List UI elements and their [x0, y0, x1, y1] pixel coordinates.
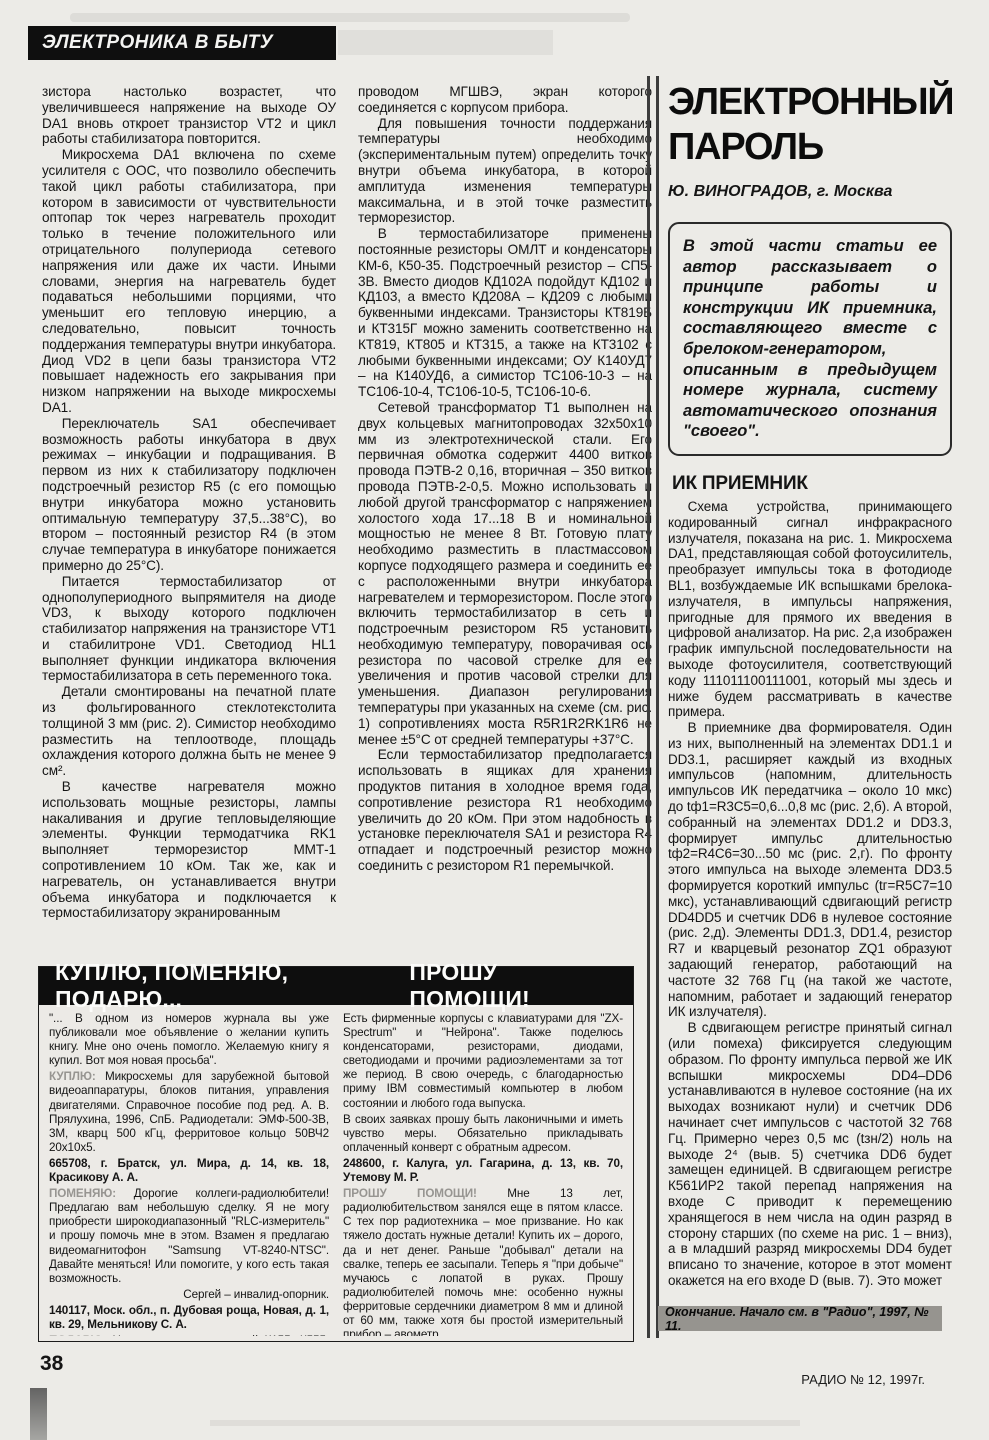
scan-artifact	[70, 13, 630, 22]
paragraph: Питается термостабилизатор от однополупе…	[42, 574, 336, 685]
paragraph: Переключатель SA1 обеспечивает возможнос…	[42, 416, 336, 574]
classified-address: 665708, г. Братск, ул. Мира, д. 14, кв. …	[49, 1157, 329, 1185]
paragraph: Микросхема DA1 включена по схеме усилите…	[42, 147, 336, 416]
article-title-line1: ЭЛЕКТРОННЫЙ	[668, 81, 952, 123]
classified-intro: "... В одном из номеров журнала вы уже п…	[49, 1012, 329, 1068]
paragraph: проводом МГШВЭ, экран которого соединяет…	[358, 84, 652, 116]
classified-address: 248600, г. Калуга, ул. Гагарина, д. 13, …	[343, 1157, 623, 1185]
classified-item-swap: ПОМЕНЯЮ: Дорогие коллеги-радиолюбители! …	[49, 1187, 329, 1286]
incubator-article-column-1: зистора настолько возрастет, что увеличи…	[42, 84, 336, 964]
paragraph: В приемнике два формирователя. Один из н…	[668, 720, 952, 1020]
article-abstract-box: В этой части статьи ее автор рассказывае…	[668, 222, 952, 456]
paragraph: Если термостабилизатор предполагается ис…	[358, 747, 652, 873]
column-divider-rule	[647, 76, 650, 1338]
classified-address: 140117, Моск. обл., п. Дубовая роща, Нов…	[49, 1304, 329, 1332]
classified-text: В своих заявках прошу быть лаконичными и…	[343, 1113, 623, 1155]
article-abstract-text: В этой части статьи ее автор рассказывае…	[683, 236, 937, 442]
classifieds-section: КУПЛЮ, ПОМЕНЯЮ, ПОДАРЮ... ПРОШУ ПОМОЩИ! …	[38, 966, 634, 1342]
classified-signature: Сергей – инвалид-опорник.	[49, 1288, 329, 1302]
magazine-page: ЭЛЕКТРОНИКА В БЫТУ зистора настолько воз…	[0, 0, 989, 1440]
scan-artifact	[338, 30, 553, 55]
column-divider-rule	[656, 76, 659, 1338]
incubator-article-column-2: проводом МГШВЭ, экран которого соединяет…	[358, 84, 652, 964]
article-title-line2: ПАРОЛЬ	[668, 126, 823, 168]
classified-item-help: ПРОШУ ПОМОЩИ! Мне 13 лет, радиолюбительс…	[343, 1187, 623, 1336]
classifieds-column-left: "... В одном из номеров журнала вы уже п…	[49, 1012, 329, 1336]
classified-label: ПОМЕНЯЮ:	[49, 1187, 116, 1200]
paragraph: Сетевой трансформатор Т1 выполнен на дву…	[358, 400, 652, 748]
classified-item-gift: ПОДАРЮ: Новые микросхемы серий К155, К55…	[49, 1334, 329, 1336]
scan-artifact-spine	[30, 1388, 47, 1440]
classifieds-banner-left: КУПЛЮ, ПОМЕНЯЮ, ПОДАРЮ...	[55, 959, 409, 1013]
classified-label: ПОДАРЮ:	[49, 1334, 106, 1336]
edition-footer: РАДИО № 12, 1997г.	[801, 1372, 925, 1387]
classifieds-banner-right: ПРОШУ ПОМОЩИ!	[409, 959, 617, 1013]
classifieds-body: "... В одном из номеров журнала вы уже п…	[39, 1005, 633, 1340]
rubric-label: ЭЛЕКТРОНИКА В БЫТУ	[42, 32, 273, 54]
section-heading: ИК ПРИЕМНИК	[672, 473, 952, 495]
classified-text: Есть фирменные корпусы с клавиатурами дл…	[343, 1012, 623, 1111]
article-title: ЭЛЕКТРОННЫЙПАРОЛЬ	[668, 80, 952, 170]
classified-item-buy: КУПЛЮ: Микросхемы для зарубежной бытовой…	[49, 1070, 329, 1155]
rubric-banner: ЭЛЕКТРОНИКА В БЫТУ	[28, 26, 336, 60]
classifieds-banner: КУПЛЮ, ПОМЕНЯЮ, ПОДАРЮ... ПРОШУ ПОМОЩИ!	[39, 967, 633, 1005]
paragraph: зистора настолько возрастет, что увеличи…	[42, 84, 336, 147]
classified-label: КУПЛЮ:	[49, 1070, 96, 1083]
paragraph: Для повышения точности поддержания темпе…	[358, 116, 652, 227]
scan-artifact	[210, 1420, 800, 1426]
paragraph: В сдвигающем регистре принятый сигнал (и…	[668, 1020, 952, 1289]
continuation-note: Окончание. Начало см. в "Радио", 1997, №…	[658, 1306, 942, 1331]
article-author: Ю. ВИНОГРАДОВ, г. Москва	[668, 183, 952, 201]
paragraph: Детали смонтированы на печатной плате из…	[42, 684, 336, 779]
classified-text: Дорогие коллеги-радиолюбители! Предлагаю…	[49, 1187, 329, 1285]
article-body: Схема устройства, принимающего кодирован…	[668, 499, 952, 1289]
classified-text: Мне 13 лет, радиолюбительством занялся е…	[343, 1187, 623, 1336]
classified-label: ПРОШУ ПОМОЩИ!	[343, 1187, 477, 1200]
page-number: 38	[40, 1352, 63, 1376]
paragraph: Схема устройства, принимающего кодирован…	[668, 499, 952, 720]
paragraph: В термостабилизаторе применены постоянны…	[358, 226, 652, 400]
paragraph: В качестве нагревателя можно использоват…	[42, 779, 336, 921]
password-article: ЭЛЕКТРОННЫЙПАРОЛЬ Ю. ВИНОГРАДОВ, г. Моск…	[668, 80, 952, 1292]
classifieds-column-right: Есть фирменные корпусы с клавиатурами дл…	[343, 1012, 623, 1336]
